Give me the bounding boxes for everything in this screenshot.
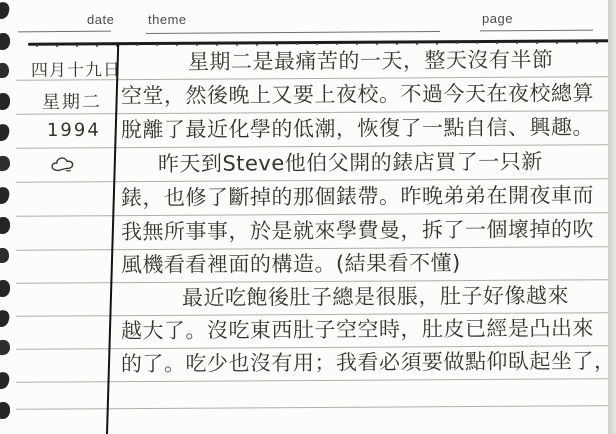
- binding-hole: [0, 1, 11, 21]
- tick-dot: [156, 44, 158, 46]
- tick-dot: [416, 43, 418, 45]
- binding-hole: [0, 217, 10, 234]
- binding-hole: [0, 62, 10, 79]
- binding-hole: [0, 123, 11, 143]
- tick-dot: [176, 44, 178, 46]
- tick-dot: [136, 44, 138, 46]
- photo-background-edge: [608, 0, 616, 434]
- tick-dot: [96, 45, 98, 47]
- tick-dot: [256, 44, 258, 46]
- tick-dot: [56, 45, 58, 47]
- binding-hole: [0, 93, 10, 110]
- tick-dot: [396, 43, 398, 45]
- date-underline: [18, 31, 111, 33]
- tick-dot: [356, 43, 358, 45]
- tick-dot: [576, 42, 578, 44]
- binding-hole: [0, 280, 10, 297]
- diary-text-line: 風機看看裡面的構造。(結果看不懂): [121, 248, 461, 280]
- binding-hole: [0, 309, 11, 329]
- header-page-label: page: [482, 11, 513, 26]
- binding-hole: [0, 339, 11, 356]
- diary-text-line: 星期二是最痛苦的一天，整天沒有半節: [188, 45, 554, 77]
- diary-text-line: 的了。吃少也沒有用；我看必須要做點仰臥起坐了，: [121, 346, 616, 379]
- binding-hole: [0, 371, 11, 391]
- tick-dot: [516, 42, 518, 44]
- binding-hole: [0, 402, 10, 419]
- tick-dot: [596, 42, 598, 44]
- tick-dot: [76, 45, 78, 47]
- tick-dot: [376, 43, 378, 45]
- tick-dot: [236, 44, 238, 46]
- diary-text-line: 錶，也修了斷掉的那個錶帶。昨晚弟弟在開夜車而: [121, 180, 594, 213]
- tick-dot: [556, 42, 558, 44]
- diary-text-line: 我無所事事，於是就來學費曼，拆了一個壞掉的吹: [121, 214, 594, 247]
- tick-dot: [196, 44, 198, 46]
- cloud-weather-icon: [49, 153, 81, 174]
- tick-dot: [336, 43, 338, 45]
- diary-text-line: 昨天到Steve他伯父開的錶店買了一只新: [158, 147, 543, 179]
- tick-dot: [436, 43, 438, 45]
- header-date-label: date: [87, 12, 114, 27]
- diary-text-line: 越大了。沒吃東西肚子空空時，肚皮已經是凸出來: [121, 313, 594, 346]
- diary-date: 四月十九日: [31, 55, 121, 81]
- tick-dot: [316, 43, 318, 45]
- tick-dot: [276, 44, 278, 46]
- diary-text-line: 空堂，然後晚上又要上夜校。不過今天在夜校總算: [121, 78, 594, 111]
- header-theme-label: theme: [148, 12, 187, 27]
- theme-underline: [146, 31, 440, 34]
- tick-dot: [296, 43, 298, 45]
- diary-year: 1994: [47, 120, 101, 141]
- tick-dot: [536, 42, 538, 44]
- tick-dot: [36, 45, 38, 47]
- page-underline: [480, 30, 593, 32]
- binding-hole: [0, 186, 11, 206]
- date-column-divider: [106, 43, 119, 434]
- notebook-photo: date theme page 四月十九日 星期二 1994 星期二是最痛苦的一…: [0, 0, 616, 434]
- ruled-line: [16, 405, 608, 410]
- diary-weekday: 星期二: [42, 88, 102, 114]
- tick-dot: [476, 42, 478, 44]
- diary-text-line: 脫離了最近化學的低潮，恢復了一點自信、興趣。: [121, 112, 594, 145]
- binding-hole: [0, 247, 10, 264]
- binding-hole: [0, 155, 11, 172]
- tick-dot: [216, 44, 218, 46]
- binding-hole: [0, 33, 10, 50]
- tick-dot: [456, 42, 458, 44]
- diary-text-line: 最近吃飽後肚子總是很脹，肚子好像越來: [182, 281, 569, 313]
- tick-dot: [496, 42, 498, 44]
- notebook-page: date theme page 四月十九日 星期二 1994 星期二是最痛苦的一…: [0, 0, 609, 434]
- ruled-line: [16, 378, 608, 383]
